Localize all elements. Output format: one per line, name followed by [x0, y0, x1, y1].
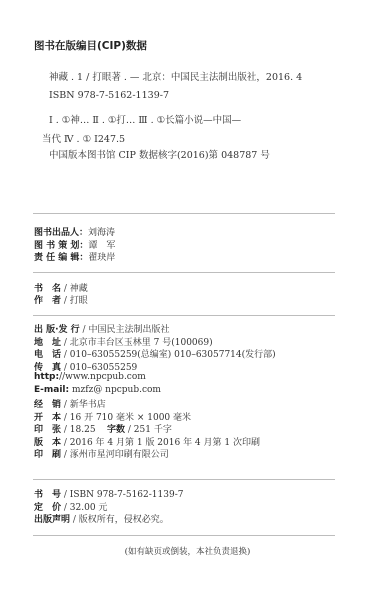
- credit-value: 刘海涛: [88, 228, 115, 238]
- separator: /: [125, 425, 134, 435]
- credit-label: 责 任 编 辑：: [34, 253, 88, 263]
- divider: [33, 479, 335, 480]
- row-value: 010–63055259(总编室) 010–63057714(发行部): [70, 350, 276, 360]
- row-value: 北京市丰台区玉林里 7 号(100069): [70, 338, 213, 348]
- row-value: 16 开 710 毫米 × 1000 毫米: [70, 413, 191, 423]
- row-label: E-mail:: [34, 385, 69, 395]
- row-label: 印 刷: [34, 450, 61, 460]
- email-link[interactable]: mzfz@ npcpub.com: [69, 385, 161, 395]
- phone-row: 电 话 / 010–63055259(总编室) 010–63057714(发行部…: [34, 347, 276, 360]
- row-label: 地 址: [34, 338, 61, 348]
- row-label: 印 张: [34, 425, 61, 435]
- divider: [33, 272, 335, 273]
- fax-row: 传 真 / 010–63055259: [34, 360, 137, 373]
- row-label: 开 本: [34, 413, 61, 423]
- separator: /: [61, 338, 70, 348]
- separator: /: [61, 503, 70, 513]
- separator: /: [61, 425, 70, 435]
- cip-isbn: ISBN 978-7-5162-1139-7: [49, 90, 169, 101]
- row-value: 18.25: [70, 425, 99, 435]
- row-label: 出 版·发 行: [34, 325, 80, 335]
- cip-title-line: 神藏 . 1 / 打眼著 . — 北京：中国民主法制出版社，2016. 4: [49, 69, 302, 83]
- row-value: 2016 年 4 月第 1 版 2016 年 4 月第 1 次印刷: [70, 438, 260, 448]
- separator: /: [70, 515, 79, 525]
- row-label: 传 真: [34, 363, 61, 373]
- row-value: 32.00 元: [70, 503, 108, 513]
- row-label: 作 者: [34, 296, 61, 306]
- publisher-row: 出 版·发 行 / 中国民主法制出版社: [34, 322, 169, 335]
- row-label: 书 号: [34, 490, 61, 500]
- row-value: ISBN 978-7-5162-1139-7: [70, 490, 184, 500]
- word-count-label: 字数: [107, 425, 125, 435]
- divider: [33, 535, 335, 536]
- credit-editor: 责 任 编 辑：翟玦岸: [34, 250, 115, 263]
- address-row: 地 址 / 北京市丰台区玉林里 7 号(100069): [34, 335, 213, 348]
- website-row: http://www.npcpub.com: [34, 372, 146, 382]
- sheets-row: 印 张 / 18.25 字数 / 251 千字: [34, 422, 172, 435]
- statement-row: 出版声明 / 版权所有，侵权必究。: [34, 512, 169, 525]
- separator: /: [61, 490, 70, 500]
- row-label: 电 话: [34, 350, 61, 360]
- separator: /: [61, 350, 70, 360]
- divider: [33, 315, 335, 316]
- separator: /: [61, 450, 70, 460]
- separator: /: [61, 438, 70, 448]
- row-label: 经 销: [34, 400, 61, 410]
- printer-row: 印 刷 / 涿州市星河印刷有限公司: [34, 447, 169, 460]
- separator: /: [61, 296, 70, 306]
- cip-heading: 图书在版编目(CIP)数据: [34, 38, 147, 53]
- email-row: E-mail: mzfz@ npcpub.com: [34, 385, 161, 395]
- separator: /: [61, 400, 70, 410]
- row-label: 出版声明: [34, 515, 70, 525]
- credit-producer: 图书出品人：刘海涛: [34, 225, 115, 238]
- row-value: 中国民主法制出版社: [88, 325, 169, 335]
- isbn-row: 书 号 / ISBN 978-7-5162-1139-7: [34, 487, 183, 500]
- row-label: http:: [34, 372, 59, 382]
- separator: /: [61, 413, 70, 423]
- edition-row: 版 本 / 2016 年 4 月第 1 版 2016 年 4 月第 1 次印刷: [34, 435, 260, 448]
- distributor-row: 经 销 / 新华书店: [34, 397, 106, 410]
- divider: [33, 213, 335, 214]
- footer-note: (如有缺页或倒装，本社负责退换): [0, 545, 375, 557]
- separator: /: [61, 363, 70, 373]
- row-value: 版权所有，侵权必究。: [79, 515, 169, 525]
- credit-label: 图书出品人：: [34, 228, 88, 238]
- row-value: 涿州市星河印刷有限公司: [70, 450, 169, 460]
- cip-classification-1: Ⅰ . ①神… Ⅱ . ①打… Ⅲ . ①长篇小说—中国—: [49, 112, 241, 126]
- price-row: 定 价 / 32.00 元: [34, 500, 107, 513]
- row-value: 010–63055259: [70, 363, 138, 373]
- row-value: 打眼: [70, 296, 88, 306]
- cip-number: 中国版本图书馆 CIP 数据核字(2016)第 048787 号: [49, 147, 270, 161]
- book-author-row: 作 者 / 打眼: [34, 293, 88, 306]
- row-label: 版 本: [34, 438, 61, 448]
- row-label: 定 价: [34, 503, 61, 513]
- word-count-value: 251 千字: [134, 425, 172, 435]
- credit-value: 翟玦岸: [88, 253, 115, 263]
- website-link[interactable]: //www.npcpub.com: [59, 372, 146, 382]
- cip-classification-2: 当代 Ⅳ . ① I247.5: [42, 131, 125, 145]
- format-row: 开 本 / 16 开 710 毫米 × 1000 毫米: [34, 410, 191, 423]
- row-value: 新华书店: [70, 400, 106, 410]
